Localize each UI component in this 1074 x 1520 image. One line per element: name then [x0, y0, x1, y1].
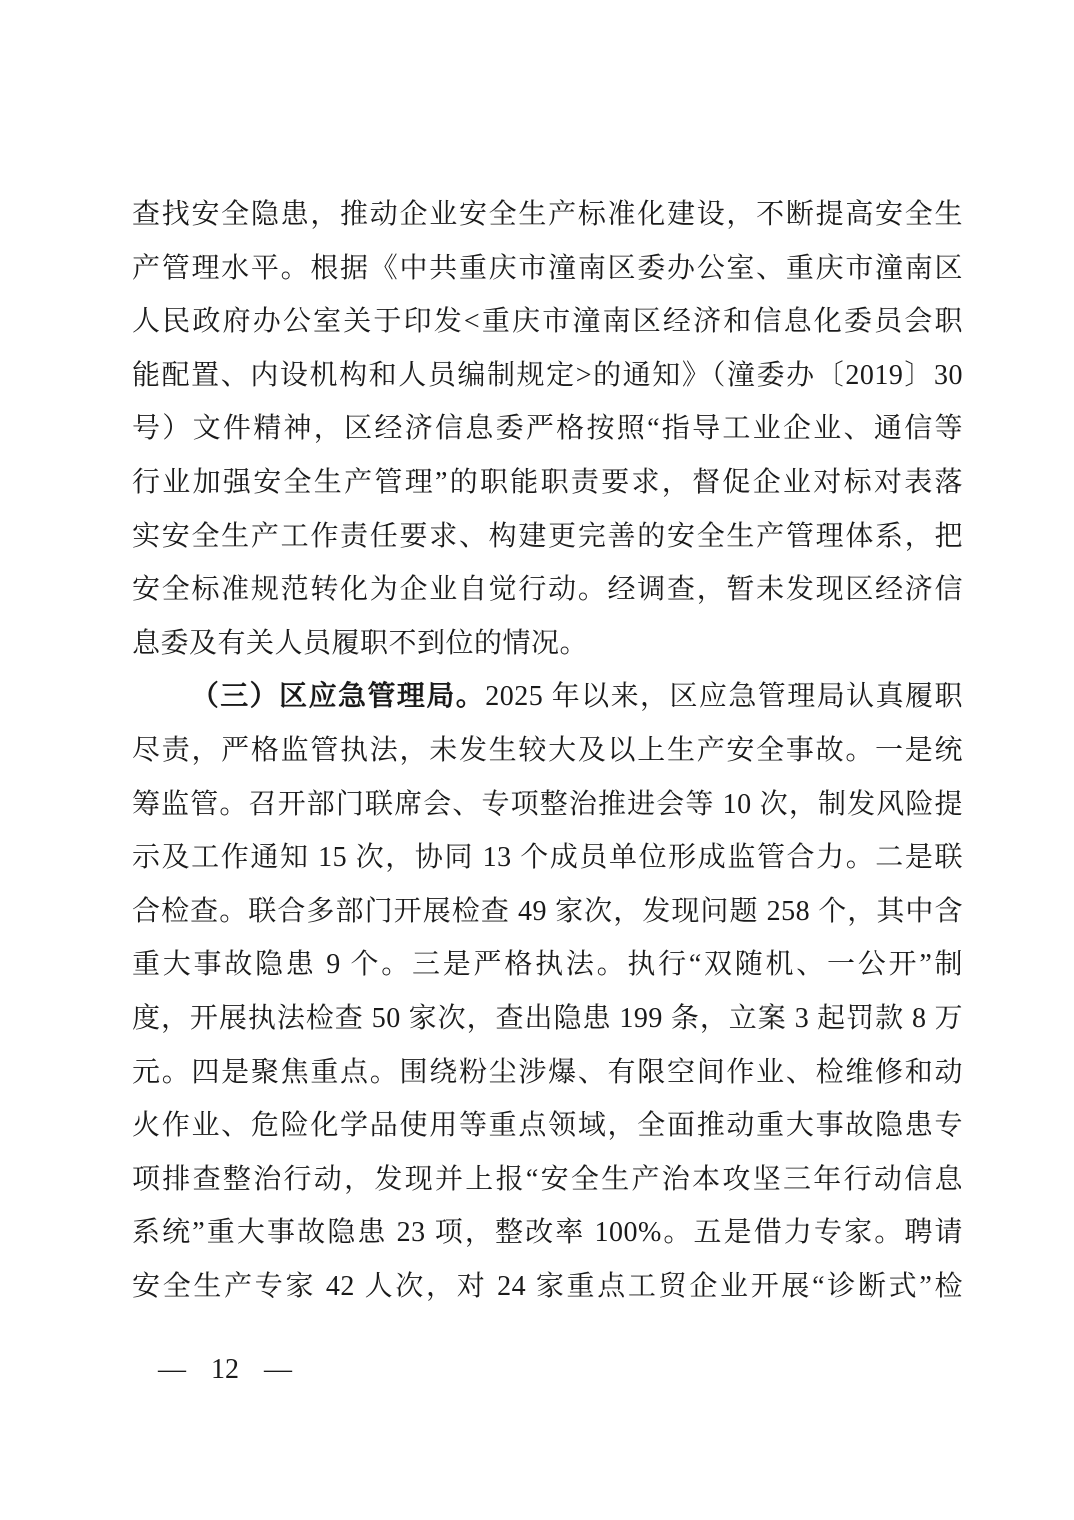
text-line: 行业加强安全生产管理”的职能职责要求，督促企业对标对表落 — [132, 456, 963, 510]
section-heading: （三）区应急管理局。 — [191, 681, 485, 712]
text-line: 火作业、危险化学品使用等重点领域，全面推动重大事故隐患专 — [132, 1099, 963, 1153]
text-line: 系统”重大事故隐患 23 项，整改率 100%。五是借力专家。聘请 — [132, 1206, 963, 1260]
text-run: 合检查。联合多部门开展检查 49 家次，发现问题 258 个，其中含 — [132, 896, 963, 927]
text-line: 息委及有关人员履职不到位的情况。 — [132, 617, 963, 671]
text-line: 人民政府办公室关于印发<重庆市潼南区经济和信息化委员会职 — [132, 295, 963, 349]
text-run: 项排查整治行动，发现并上报“安全生产治本攻坚三年行动信息 — [132, 1164, 963, 1195]
text-run: 安全生产专家 42 人次，对 24 家重点工贸企业开展“诊断式”检 — [132, 1271, 963, 1302]
text-line: 产管理水平。根据《中共重庆市潼南区委办公室、重庆市潼南区 — [132, 242, 963, 296]
text-run: 能配置、内设机构和人员编制规定>的通知》（潼委办〔2019〕30 — [132, 360, 963, 391]
text-run: 筹监管。召开部门联席会、专项整治推进会等 10 次，制发风险提 — [132, 789, 963, 820]
page-footer: — 12 — — [158, 1354, 292, 1386]
text-run: 元。四是聚焦重点。围绕粉尘涉爆、有限空间作业、检维修和动 — [132, 1057, 963, 1088]
text-line: 安全生产专家 42 人次，对 24 家重点工贸企业开展“诊断式”检 — [132, 1260, 963, 1314]
text-line: 重大事故隐患 9 个。三是严格执法。执行“双随机、一公开”制 — [132, 938, 963, 992]
text-run: 实安全生产工作责任要求、构建更完善的安全生产管理体系，把 — [132, 521, 963, 552]
text-run: 示及工作通知 15 次，协同 13 个成员单位形成监管合力。二是联 — [132, 842, 963, 873]
text-run: 产管理水平。根据《中共重庆市潼南区委办公室、重庆市潼南区 — [132, 253, 963, 284]
text-run: 安全标准规范转化为企业自觉行动。经调查，暂未发现区经济信 — [132, 574, 963, 605]
text-run: 查找安全隐患，推动企业安全生产标准化建设，不断提高安全生 — [132, 199, 963, 230]
text-line: 度，开展执法检查 50 家次，查出隐患 199 条，立案 3 起罚款 8 万 — [132, 992, 963, 1046]
text-line: 尽责，严格监管执法，未发生较大及以上生产安全事故。一是统 — [132, 724, 963, 778]
text-run: 火作业、危险化学品使用等重点领域，全面推动重大事故隐患专 — [132, 1110, 963, 1141]
text-run: 息委及有关人员履职不到位的情况。 — [132, 628, 588, 659]
text-line: 安全标准规范转化为企业自觉行动。经调查，暂未发现区经济信 — [132, 563, 963, 617]
document-body: 查找安全隐患，推动企业安全生产标准化建设，不断提高安全生产管理水平。根据《中共重… — [132, 188, 963, 1313]
text-line: 查找安全隐患，推动企业安全生产标准化建设，不断提高安全生 — [132, 188, 963, 242]
text-line: 筹监管。召开部门联席会、专项整治推进会等 10 次，制发风险提 — [132, 778, 963, 832]
text-line: 合检查。联合多部门开展检查 49 家次，发现问题 258 个，其中含 — [132, 885, 963, 939]
text-line: 能配置、内设机构和人员编制规定>的通知》（潼委办〔2019〕30 — [132, 349, 963, 403]
footer-dash-right: — — [264, 1354, 292, 1386]
text-line: 号）文件精神，区经济信息委严格按照“指导工业企业、通信等 — [132, 402, 963, 456]
text-line: 元。四是聚焦重点。围绕粉尘涉爆、有限空间作业、检维修和动 — [132, 1046, 963, 1100]
text-run: 尽责，严格监管执法，未发生较大及以上生产安全事故。一是统 — [132, 735, 963, 766]
text-line: 示及工作通知 15 次，协同 13 个成员单位形成监管合力。二是联 — [132, 831, 963, 885]
page-number: 12 — [211, 1354, 239, 1386]
text-line: （三）区应急管理局。2025 年以来，区应急管理局认真履职 — [132, 670, 963, 724]
text-run: 重大事故隐患 9 个。三是严格执法。执行“双随机、一公开”制 — [132, 949, 963, 980]
text-run: 2025 年以来，区应急管理局认真履职 — [485, 681, 963, 712]
text-run: 系统”重大事故隐患 23 项，整改率 100%。五是借力专家。聘请 — [132, 1217, 963, 1248]
text-run: 行业加强安全生产管理”的职能职责要求，督促企业对标对表落 — [132, 467, 963, 498]
text-run: 度，开展执法检查 50 家次，查出隐患 199 条，立案 3 起罚款 8 万 — [132, 1003, 963, 1034]
document-page: 查找安全隐患，推动企业安全生产标准化建设，不断提高安全生产管理水平。根据《中共重… — [0, 0, 1074, 1520]
text-run: 号）文件精神，区经济信息委严格按照“指导工业企业、通信等 — [132, 413, 963, 444]
text-line: 实安全生产工作责任要求、构建更完善的安全生产管理体系，把 — [132, 510, 963, 564]
text-run: 人民政府办公室关于印发<重庆市潼南区经济和信息化委员会职 — [132, 306, 963, 337]
text-line: 项排查整治行动，发现并上报“安全生产治本攻坚三年行动信息 — [132, 1153, 963, 1207]
footer-dash-left: — — [158, 1354, 186, 1386]
